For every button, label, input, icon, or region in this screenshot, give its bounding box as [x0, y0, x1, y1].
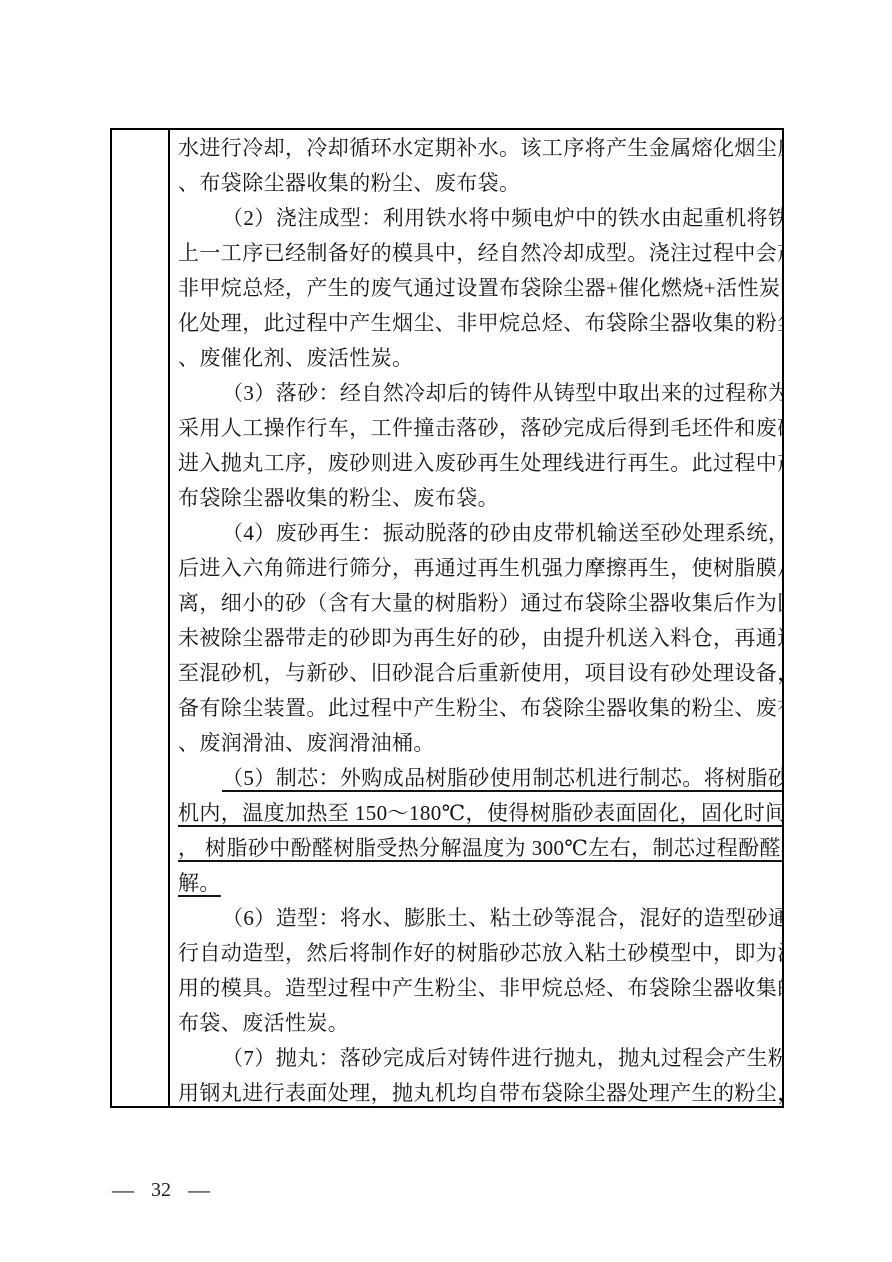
text-line: 、废催化剂、废活性炭。	[178, 341, 780, 376]
text-line: 后进入六角筛进行筛分，再通过再生机强力摩擦再生，使树脂膜从砂表面剥	[178, 551, 780, 586]
text-line: 机内，温度加热至 150～180℃，使得树脂砂表面固化，固化时间为 30-150…	[178, 796, 780, 831]
text-line: 离，细小的砂（含有大量的树脂粉）通过布袋除尘器收集后作为固废出售，	[178, 586, 780, 621]
text-line: 未被除尘器带走的砂即为再生好的砂，由提升机送入料仓，再通过管道输送	[178, 621, 780, 656]
text-line: 进入抛丸工序，废砂则进入废砂再生处理线进行再生。此过程中产生粉尘、	[178, 446, 780, 481]
text-line: 、布袋除尘器收集的粉尘、废布袋。	[178, 166, 780, 201]
page-number: — 32 —	[112, 1177, 210, 1203]
text-line: （7）抛丸：落砂完成后对铸件进行抛丸，抛丸过程会产生粉尘，抛丸采	[178, 1041, 780, 1076]
text-line: 布袋、废活性炭。	[178, 1006, 780, 1041]
document-table: 水进行冷却，冷却循环水定期补水。该工序将产生金属熔化烟尘废气、炉渣、布袋除尘器收…	[110, 128, 784, 1108]
table-stub-cell	[112, 130, 170, 1106]
page-number-dash-right: —	[188, 1177, 210, 1203]
text-line: 行自动造型，然后将制作好的树脂砂芯放入粘土砂模型中，即为浇注工段使	[178, 936, 780, 971]
text-line: （5）制芯：外购成品树脂砂使用制芯机进行制芯。将树脂砂输送入制芯	[178, 761, 780, 796]
text-line: 布袋除尘器收集的粉尘、废布袋。	[178, 481, 780, 516]
text-line: 采用人工操作行车，工件撞击落砂，落砂完成后得到毛坯件和废砂。毛坯件	[178, 411, 780, 446]
text-line: 用的模具。造型过程中产生粉尘、非甲烷总烃、布袋除尘器收集的粉尘、废	[178, 971, 780, 1006]
table-text-cell: 水进行冷却，冷却循环水定期补水。该工序将产生金属熔化烟尘废气、炉渣、布袋除尘器收…	[170, 130, 782, 1106]
text-line: 化处理，此过程中产生烟尘、非甲烷总烃、布袋除尘器收集的粉尘、废布袋	[178, 306, 780, 341]
text-line: ， 树脂砂中酚醛树脂受热分解温度为 300℃左右，制芯过程酚醛树脂不会分	[178, 831, 780, 866]
text-line: （3）落砂：经自然冷却后的铸件从铸型中取出来的过程称为落砂。企业	[178, 376, 780, 411]
text-line: 水进行冷却，冷却循环水定期补水。该工序将产生金属熔化烟尘废气、炉渣	[178, 131, 780, 166]
page-number-dash-left: —	[112, 1177, 134, 1203]
text-line: 非甲烷总烃，产生的废气通过设置布袋除尘器+催化燃烧+活性炭吸附进行净	[178, 271, 780, 306]
page-number-value: 32	[151, 1179, 171, 1202]
text-line: 用钢丸进行表面处理，抛丸机均自带布袋除尘器处理产生的粉尘，打磨产生	[178, 1076, 780, 1106]
text-line: 、废润滑油、废润滑油桶。	[178, 726, 780, 761]
text-line: 至混砂机，与新砂、旧砂混合后重新使用，项目设有砂处理设备，设备均配	[178, 656, 780, 691]
text-line: （2）浇注成型：利用铁水将中频电炉中的铁水由起重机将铁水包浇注到	[178, 201, 780, 236]
text-line: 上一工序已经制备好的模具中，经自然冷却成型。浇注过程中会产生烟尘、	[178, 236, 780, 271]
text-line: （6）造型：将水、膨胀土、粘土砂等混合，混好的造型砂通过造型机进	[178, 901, 780, 936]
text-line: 解。	[178, 866, 780, 901]
text-line: （4）废砂再生：振动脱落的砂由皮带机输送至砂处理系统，砂块经破碎	[178, 516, 780, 551]
text-line: 备有除尘装置。此过程中产生粉尘、布袋除尘器收集的粉尘、废布袋、废砂	[178, 691, 780, 726]
